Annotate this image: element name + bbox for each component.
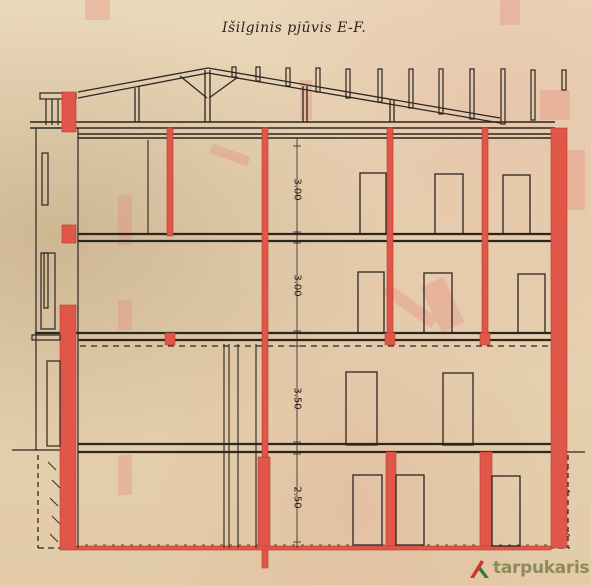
watermark-text: tarpukaris: [493, 558, 589, 578]
tarpukaris-mark-icon: [468, 557, 490, 579]
drawing-sheet: Išilginis pjūvis E-F.: [0, 0, 591, 585]
red-walls: [60, 92, 567, 568]
floor-slabs: [35, 234, 552, 452]
roof-posts: [232, 67, 566, 124]
dimension-label-floor2: 3.00: [292, 271, 303, 301]
doors: [346, 173, 545, 546]
roof-structure: [78, 68, 500, 123]
dimension-label-basement: 2.50: [292, 483, 303, 513]
watermark-logo: tarpukaris: [468, 557, 589, 579]
dimension-label-floor3: 3.00: [292, 175, 303, 205]
partitions: [148, 140, 256, 548]
dimension-label-floor1: 3.50: [292, 384, 303, 414]
paper-stains: [85, 0, 585, 495]
